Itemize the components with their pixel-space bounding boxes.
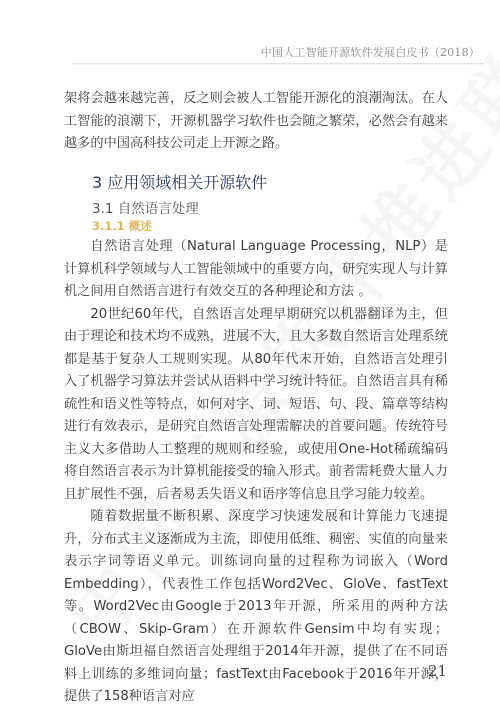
subsubsection-heading: 3.1.1 概述 [92,218,152,234]
page-number: 21 [428,662,447,680]
paragraph-nlp-history: 20世纪60年代，自然语言处理早期研究以机器翻译为主，但由于理论和技术均不成熟，… [64,304,448,507]
running-header: 中国人工智能开源软件发展白皮书（2018） [0,44,480,60]
paragraph-word-embedding: 随着数据量不断积累、深度学习快速发展和计算能力飞速提升，分布式主义逐渐成为主流，… [64,506,448,706]
intro-paragraph: 架将会越来越完善，反之则会被人工智能开源化的浪潮淘汰。在人工智能的浪潮下，开源机… [64,88,448,156]
intro-block: 架将会越来越完善，反之则会被人工智能开源化的浪潮淘汰。在人工智能的浪潮下，开源机… [64,88,448,156]
main-text: 自然语言处理（Natural Language Processing，NLP）是… [64,236,448,706]
section-heading: 3 应用领域相关开源软件 [92,170,267,193]
paragraph-nlp-definition: 自然语言处理（Natural Language Processing，NLP）是… [64,236,448,304]
subsection-heading: 3.1 自然语言处理 [92,197,199,217]
header-divider [72,63,484,64]
document-page: 中国开源软件推进联盟 中国人工智能开源软件发展白皮书（2018） 架将会越来越完… [0,0,500,706]
